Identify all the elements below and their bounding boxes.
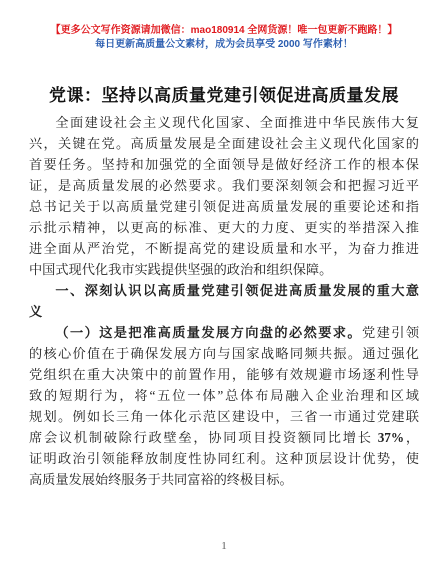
body-line: （一）这是把准高质量发展方向盘的必然要求。党建引领: [29, 322, 419, 343]
body-line: 示批示精神，以更高的标准、更大的力度、更实的举措深入推: [29, 217, 419, 238]
document-page: 【更多公文写作资源请加微信：mao180914 全网货源！唯一包更新不跑路！】 …: [0, 0, 448, 580]
body-line: 席会议机制破除行政壁垒，协同项目投资额同比增长 37%，: [29, 427, 419, 448]
body-line: 进全面从严治党，不断提高党的建设质量和水平，为奋力推进: [29, 238, 419, 259]
section-heading-line: 一、深刻认识以高质量党建引领促进高质量发展的重大意: [29, 280, 419, 301]
watermark-line-1: 【更多公文写作资源请加微信：mao180914 全网货源！唯一包更新不跑路！】: [0, 24, 448, 38]
page-number: 1: [0, 540, 448, 552]
statistic-value: 37%: [378, 430, 404, 445]
body-line: 党组织在重大决策中的前置作用，能够有效规避市场逐利性导: [29, 364, 419, 385]
section-heading-line: 义: [29, 301, 419, 322]
body-line: 高质量发展始终服务于共同富裕的终极目标。: [29, 469, 419, 490]
body-line: 的核心价值在于确保发展方向与国家战略同频共振。通过强化: [29, 343, 419, 364]
body-line: 证明政治引领能释放制度性协同红利。这种顶层设计优势，使: [29, 448, 419, 469]
body-line: 中国式现代化我市实践提供坚强的政治和组织保障。: [29, 259, 419, 280]
body-line: 总书记关于以高质量党建引领促进高质量发展的重要论述和指: [29, 196, 419, 217]
subheading-bold-text: （一）这是把准高质量发展方向盘的必然要求。: [55, 325, 362, 340]
body-line: 全面建设社会主义现代化国家、全面推进中华民族伟大复: [29, 112, 419, 133]
body-line: 致的短期行为，将“五位一体”总体布局融入企业治理和区域: [29, 385, 419, 406]
body-line: 首要任务。坚持和加强党的全面领导是做好经济工作的根本保: [29, 154, 419, 175]
watermark-line-2: 每日更新高质量公文素材，成为会员享受 2000 写作素材！: [0, 38, 448, 52]
body-line: 兴，关键在党。高质量发展是全面建设社会主义现代化国家的: [29, 133, 419, 154]
watermark-header: 【更多公文写作资源请加微信：mao180914 全网货源！唯一包更新不跑路！】 …: [0, 24, 448, 52]
document-body: 全面建设社会主义现代化国家、全面推进中华民族伟大复 兴，关键在党。高质量发展是全…: [29, 112, 419, 490]
document-title: 党课：坚持以高质量党建引领促进高质量发展: [0, 84, 448, 108]
body-line: 规划。例如长三角一体化示范区建设中，三省一市通过党建联: [29, 406, 419, 427]
body-line: 证，是高质量发展的必然要求。我们要深刻领会和把握习近平: [29, 175, 419, 196]
body-line-text: 席会议机制破除行政壁垒，协同项目投资额同比增长: [29, 430, 378, 445]
body-line-text: ，: [404, 430, 419, 445]
body-line-text: 党建引领: [362, 325, 419, 340]
